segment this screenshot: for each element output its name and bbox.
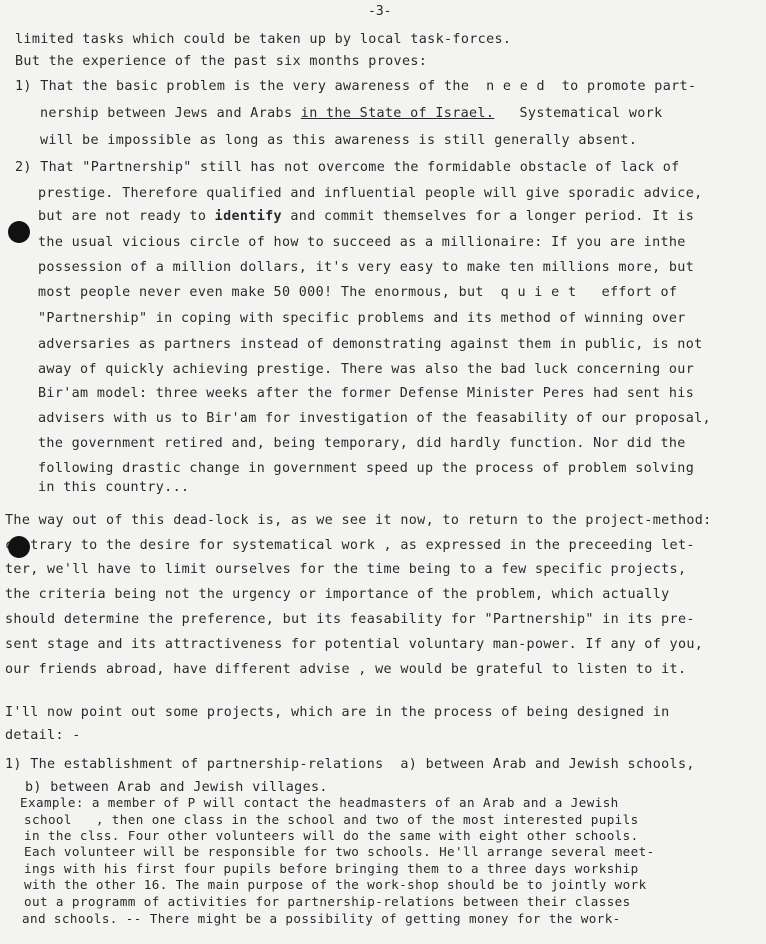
text-line: but are not ready to identify and commit… — [38, 209, 694, 225]
text-line: following drastic change in government s… — [38, 461, 694, 477]
text-line: in this country... — [38, 480, 189, 496]
underlined-text: in the State of Israel. — [301, 106, 494, 121]
punch-hole — [8, 536, 30, 558]
text-line: adversaries as partners instead of demon… — [38, 337, 703, 353]
text-line: detail: - — [5, 728, 81, 744]
text-line: Each volunteer will be responsible for t… — [24, 845, 655, 859]
text-line: the government retired and, being tempor… — [38, 436, 686, 452]
text-line: and schools. -- There might be a possibi… — [22, 912, 621, 926]
text-line: 2) That "Partnership" still has not over… — [15, 160, 680, 176]
text-line: should determine the preference, but its… — [5, 612, 695, 628]
text-line: our friends abroad, have different advis… — [5, 662, 686, 678]
document-page: -3- limited tasks which could be taken u… — [0, 0, 766, 944]
text-line: sent stage and its attractiveness for po… — [5, 637, 703, 653]
text-line: will be impossible as long as this aware… — [40, 133, 637, 149]
text-line: nership between Jews and Arabs in the St… — [40, 106, 663, 122]
text-line: limited tasks which could be taken up by… — [15, 32, 511, 48]
text-line: the criteria being not the urgency or im… — [5, 587, 670, 603]
text-line: possession of a million dollars, it's ve… — [38, 260, 694, 276]
text-line: away of quickly achieving prestige. Ther… — [38, 362, 694, 378]
text-line: The way out of this dead-lock is, as we … — [5, 513, 712, 529]
page-number: -3- — [368, 4, 391, 19]
text-line: Example: a member of P will contact the … — [20, 796, 619, 810]
text-line: prestige. Therefore qualified and influe… — [38, 186, 703, 202]
text-line: contrary to the desire for systematical … — [5, 538, 695, 554]
text-line: advisers with us to Bir'am for investiga… — [38, 411, 711, 427]
text-line: with the other 16. The main purpose of t… — [24, 878, 647, 892]
text-line: most people never even make 50 000! The … — [38, 285, 677, 301]
punch-hole — [8, 221, 30, 243]
text-line: school , then one class in the school an… — [24, 813, 639, 827]
text-line: But the experience of the past six month… — [15, 54, 427, 70]
text-line: ings with his first four pupils before b… — [24, 862, 639, 876]
text-line: b) between Arab and Jewish villages. — [25, 780, 328, 796]
bold-text: identify — [215, 209, 282, 224]
text-line: ter, we'll have to limit ourselves for t… — [5, 562, 686, 578]
text-line: Bir'am model: three weeks after the form… — [38, 386, 694, 402]
text-line: in the clss. Four other volunteers will … — [24, 829, 639, 843]
text-line: the usual vicious circle of how to succe… — [38, 235, 686, 251]
text-line: I'll now point out some projects, which … — [5, 705, 670, 721]
text-line: 1) That the basic problem is the very aw… — [15, 79, 696, 95]
text-line: "Partnership" in coping with specific pr… — [38, 311, 686, 327]
text-line: 1) The establishment of partnership-rela… — [5, 757, 695, 773]
text-line: out a programm of activities for partner… — [24, 895, 631, 909]
